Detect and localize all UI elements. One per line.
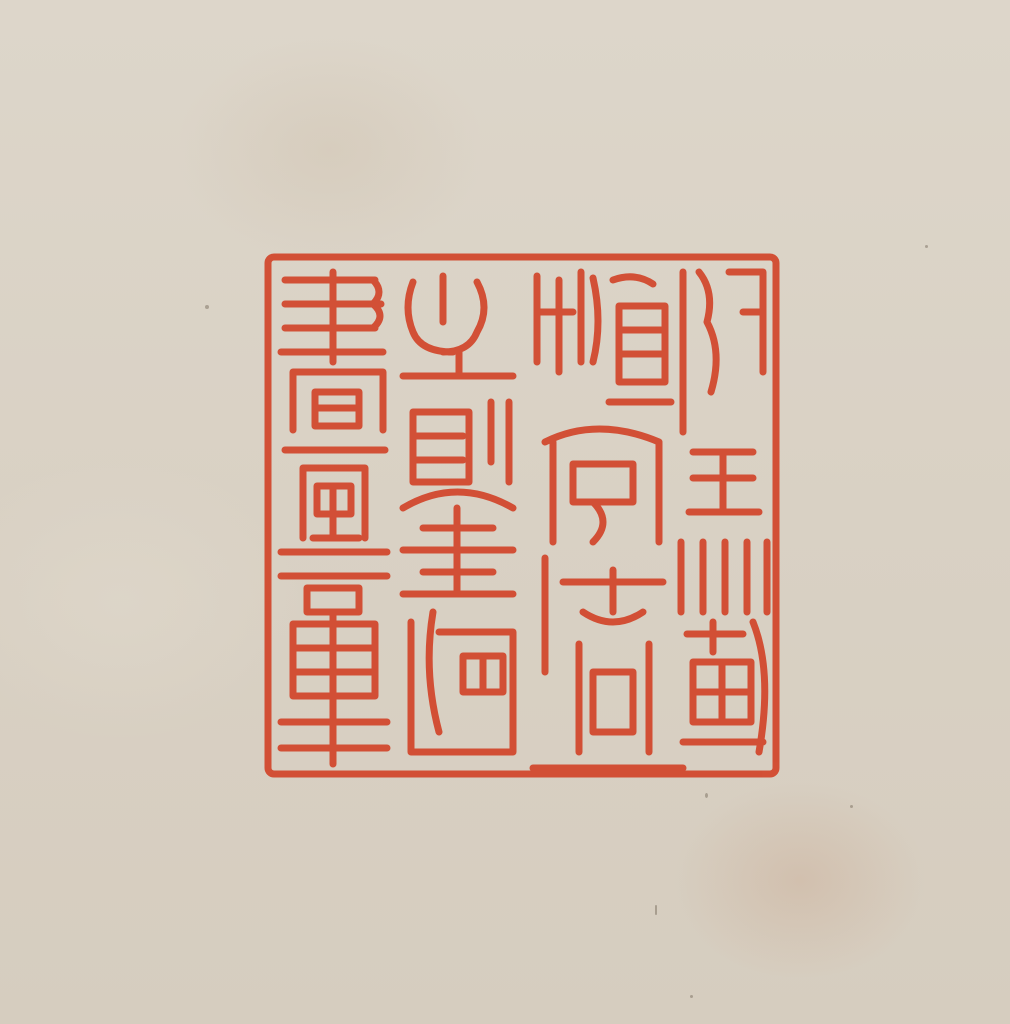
paper-speck <box>850 805 853 808</box>
paper-speck <box>925 245 928 248</box>
seal-impression <box>263 252 781 779</box>
seal-script-glyphs <box>263 252 781 779</box>
paper-speck <box>690 995 693 998</box>
paper-speck <box>705 793 708 798</box>
paper-speck <box>655 905 657 915</box>
paper-background: Square red intaglio-bordered seal with s… <box>0 0 1010 1024</box>
paper-speck <box>205 305 209 309</box>
